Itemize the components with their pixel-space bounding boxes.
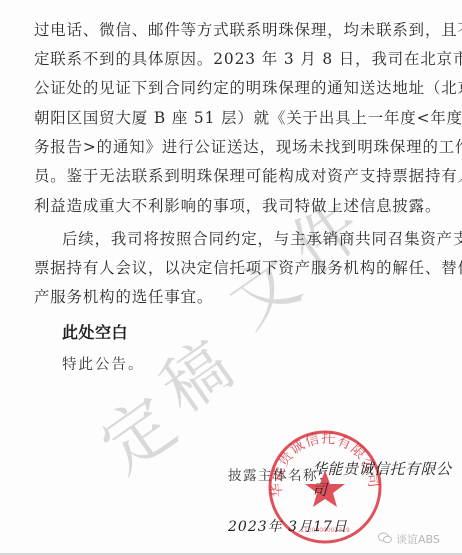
text-line: 产服务机构的选任事宜。 (34, 287, 434, 307)
text-line: 利益造成重大不利影响的事项，我司特做上述信息披露。 (34, 196, 434, 216)
text-line: 朝阳区国贸大厦 B 座 51 层）就《关于出具上一年度<年度资产服 (34, 108, 434, 128)
closing-statement: 特此公告。 (62, 353, 145, 374)
source-label: 谈谊ABS (396, 531, 440, 547)
text-line: 定联系不到的具体原因。2023 年 3 月 8 日，我司在北京市中信 (34, 49, 434, 69)
blank-notice: 此处空白 (62, 320, 128, 343)
source-badge: 谈谊ABS (378, 531, 440, 547)
text-line: 员。鉴于无法联系到明珠保理可能构成对资产支持票据持有人的 (34, 166, 434, 186)
text-line: 公证处的见证下到合同约定的明珠保理的通知送达地址（北京市 (34, 78, 434, 98)
text-line: 过电话、微信、邮件等方式联系明珠保理，均未联系到，且不确 (34, 20, 434, 40)
watermark-char-1: 定 (77, 369, 192, 492)
watermark-char-2: 稿 (139, 315, 248, 431)
document-page: 定 稿 文 件 过电话、微信、邮件等方式联系明珠保理，均未联系到，且不确 定联系… (0, 0, 462, 555)
text-line: 后续，我司将按照合同约定，与主承销商共同召集资产支持 (62, 229, 434, 249)
signature-date: 2023年 3月17日 (228, 516, 348, 536)
text-line: 票据持有人会议，以决定信托项下资产服务机构的解任、替代资 (34, 258, 434, 278)
wechat-icon (378, 532, 392, 547)
text-line: 务报告>的通知》进行公证送达，现场未找到明珠保理的工作人 (34, 137, 434, 157)
signer-name: 华能贵诚信托有限公司 (312, 458, 462, 500)
